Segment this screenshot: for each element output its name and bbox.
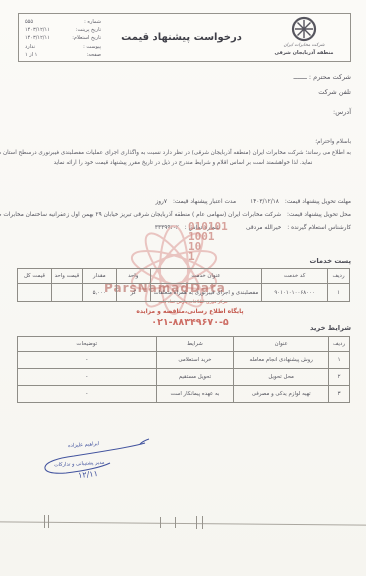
condition-subject: تهیه لوازم یدکی و مصرفی [234, 386, 329, 403]
contact-value: ۳۳۳۹۹۲-۲ [155, 222, 179, 235]
condition-row-number: ۳ [329, 386, 350, 403]
page-number-value: ۱ از ۱ [25, 51, 37, 59]
expert-value: خیرالله مردقی [246, 222, 281, 235]
attachment-label: پیوست : [83, 43, 101, 51]
doc-number-value: ۵۵۵ [25, 18, 33, 26]
body-line-1: به اطلاع می رساند؛ شرکت مخابرات ایران (م… [15, 148, 351, 159]
header-info-table: شماره :۵۵۵ تاریخ پرینت:۱۴۰۳/۱۲/۱۱ تاریخ … [19, 14, 105, 61]
scan-artifact-line [0, 521, 366, 525]
condition-row-number: ۱ [329, 352, 350, 369]
scan-artifact-tick [196, 516, 197, 529]
print-date-value: ۱۴۰۳/۱۲/۱۱ [25, 26, 50, 34]
condition-subject: روش پیشنهادی انجام معامله [234, 352, 329, 369]
inquiry-date-label: تاریخ استعلام: [72, 34, 101, 42]
scan-artifact-tick [202, 516, 203, 529]
scan-artifact-tick [160, 517, 161, 528]
region-name: منطقه آذربایجان شرقی [274, 50, 333, 56]
document-page: شرکت مخابرات ایران منطقه آذربایجان شرقی … [0, 0, 366, 576]
scan-artifact-tick [175, 517, 176, 528]
col-notes: توضیحات [18, 337, 157, 352]
col-subject: عنوان [234, 337, 329, 352]
deadline-value: ۱۴۰۳/۱۲/۱۸ [250, 196, 279, 209]
delivery-place-value: شرکت مخابرات ایران (سهامی عام ) منطقه آذ… [0, 209, 281, 222]
condition-row-number: ۲ [329, 369, 350, 386]
col-service-code: کد خدمت [262, 269, 328, 284]
delivery-place-label: محل تحویل پیشنهاد قیمت: [287, 209, 351, 222]
print-date-label: تاریخ پرینت: [76, 26, 101, 34]
condition-value: خرید استعلامی [156, 352, 234, 369]
col-service-title: عنوان خدمت [150, 269, 262, 284]
condition-subject: محل تحویل [234, 369, 329, 386]
condition-row: ۲ محل تحویل تحویل مستقیم - [18, 369, 350, 386]
col-unit-price: قیمت واحد [51, 269, 82, 284]
conditions-table: ردیف عنوان شرایط توضیحات ۱ روش پیشنهادی … [17, 336, 350, 403]
condition-notes: - [18, 369, 157, 386]
recipient-address-label: آدرس: [333, 108, 351, 116]
scan-artifact-tick [48, 515, 49, 528]
contact-label: شماره تماس : [185, 222, 220, 235]
body-line-2: نماید. لذا خواهشمند است بر اساس اقلام و … [15, 158, 351, 169]
col-total-price: قیمت کل [18, 269, 52, 284]
watermark-phone: ۰۲۱-۸۸۳۴۹۶۷۰-۵ [100, 317, 280, 328]
service-unit-price [51, 284, 82, 302]
conditions-heading: شرایط خرید [310, 324, 351, 332]
header-box: شرکت مخابرات ایران منطقه آذربایجان شرقی … [18, 13, 351, 62]
service-unit: کر [116, 284, 150, 302]
page-number-label: صفحه: [87, 51, 101, 59]
conditions-header-row: ردیف عنوان شرایط توضیحات [18, 337, 350, 352]
condition-value: به عهده پیمانکار است [156, 386, 234, 403]
services-heading: پست خدمات [310, 257, 351, 265]
doc-number-label: شماره : [84, 18, 101, 26]
services-table: ردیف کد خدمت عنوان خدمت واحد مقدار قیمت … [17, 268, 350, 302]
validity-value: ۷روز [155, 196, 167, 209]
service-code: ۹۰۱۰۱۰۱۰۰۶۸۰۰۰ [262, 284, 328, 302]
col-unit: واحد [116, 269, 150, 284]
col-row-number: ردیف [329, 337, 350, 352]
service-row: ۱ ۹۰۱۰۱۰۱۰۰۶۸۰۰۰ مفصلبندی و اجرای فیبرنو… [18, 284, 350, 302]
col-row-number: ردیف [328, 269, 350, 284]
page-title: درخواست پیشنهاد قیمت [121, 32, 242, 43]
body-paragraph: باسلام واحترام؛ به اطلاع می رساند؛ شرکت … [15, 137, 351, 169]
company-name: شرکت مخابرات ایران [283, 43, 324, 48]
watermark-tagline: پایگاه اطلاع رسانی،مناقصه و مزایده [100, 308, 280, 315]
recipient-phone-label: تلفن شرکت [294, 88, 351, 96]
tci-logo-icon [291, 16, 317, 42]
logo-section: شرکت مخابرات ایران منطقه آذربایجان شرقی [258, 14, 350, 61]
service-row-number: ۱ [328, 284, 350, 302]
validity-label: مدت اعتبار پیشنهاد قیمت: [173, 196, 236, 209]
scan-artifact-tick [44, 515, 45, 528]
recipient-company-label: شرکت محترم : ـــــــ [294, 73, 351, 81]
expert-label: کارشناس استعلام گیرنده : [287, 222, 351, 235]
service-total-price [18, 284, 52, 302]
condition-notes: - [18, 386, 157, 403]
service-quantity: ۵,۰۰۰ [82, 284, 116, 302]
recipient-block: شرکت محترم : ـــــــ تلفن شرکت [294, 73, 351, 103]
condition-row: ۱ روش پیشنهادی انجام معامله خرید استعلام… [18, 352, 350, 369]
deadline-label: مهلت تحویل پیشنهاد قیمت: [285, 196, 351, 209]
salutation: باسلام واحترام؛ [15, 137, 351, 148]
signature-block: ابراهیم علیزاده مدیر پشتیبانی و تدارکات … [40, 437, 150, 495]
condition-notes: - [18, 352, 157, 369]
condition-value: تحویل مستقیم [156, 369, 234, 386]
col-quantity: مقدار [82, 269, 116, 284]
attachment-value: ندارد [25, 43, 35, 51]
service-title: مفصلبندی و اجرای فیبرنوری به همراه متعلق… [150, 284, 262, 302]
details-block: مهلت تحویل پیشنهاد قیمت: ۱۴۰۳/۱۲/۱۸ مدت … [15, 196, 351, 235]
condition-row: ۳ تهیه لوازم یدکی و مصرفی به عهده پیمانک… [18, 386, 350, 403]
inquiry-date-value: ۱۴۰۳/۱۲/۱۱ [25, 34, 50, 42]
col-condition: شرایط [156, 337, 234, 352]
services-header-row: ردیف کد خدمت عنوان خدمت واحد مقدار قیمت … [18, 269, 350, 284]
